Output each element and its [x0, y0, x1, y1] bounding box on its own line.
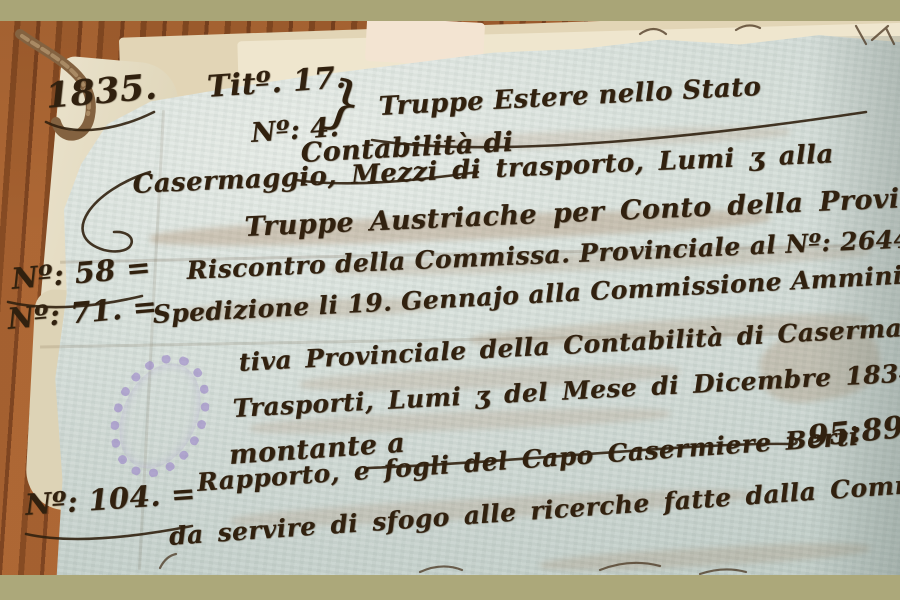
frame-band-bottom	[0, 575, 900, 600]
frame-band-top	[0, 0, 900, 21]
manuscript-photo: 1835. Titº. 17. } Truppe Estere nello St…	[0, 0, 900, 600]
